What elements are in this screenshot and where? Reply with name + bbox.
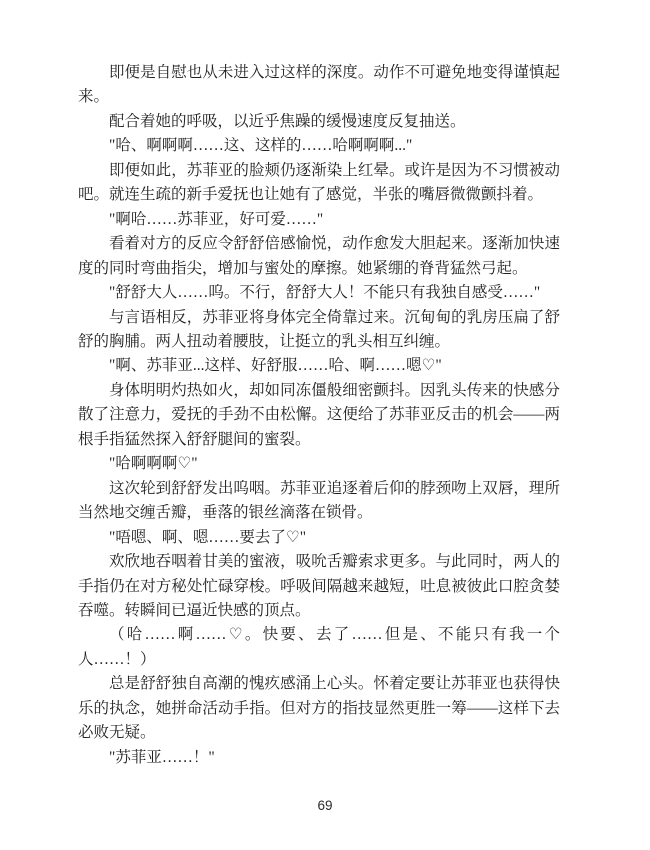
paragraph: 身体明明灼热如火，却如同冻僵般细密颤抖。因乳头传来的快感分散了注意力，爱抚的手劲… [78,379,560,452]
paragraph-dialogue: "苏菲亚……！" [78,746,560,770]
paragraph-dialogue: "哈、啊啊啊……这、这样的……哈啊啊啊..." [78,134,560,158]
paragraph: 配合着她的呼吸，以近乎焦躁的缓慢速度反复抽送。 [78,110,560,134]
paragraph: 看着对方的反应令舒舒倍感愉悦，动作愈发大胆起来。逐渐加快速度的同时弯曲指尖，增加… [78,232,560,281]
paragraph-dialogue: "啊哈……苏菲亚，好可爱……" [78,208,560,232]
paragraph: 与言语相反，苏菲亚将身体完全倚靠过来。沉甸甸的乳房压扁了舒舒的胸脯。两人扭动着腰… [78,306,560,355]
paragraph-dialogue: "哈啊啊啊♡" [78,452,560,476]
paragraph: 欢欣地吞咽着甘美的蜜液，吸吮舌瓣索求更多。与此同时，两人的手指仍在对方秘处忙碌穿… [78,550,560,623]
paragraph: 总是舒舒独自高潮的愧疚感涌上心头。怀着定要让苏菲亚也获得快乐的执念，她拼命活动手… [78,672,560,745]
paragraph: 这次轮到舒舒发出呜咽。苏菲亚追逐着后仰的脖颈吻上双唇，理所当然地交缠舌瓣，垂落的… [78,477,560,526]
paragraph-dialogue: "舒舒大人……呜。不行，舒舒大人！不能只有我独自感受……" [78,281,560,305]
paragraph-thought: （哈……啊……♡。快要、去了……但是、不能只有我一个人……！） [78,623,560,672]
paragraph: 即便如此，苏菲亚的脸颊仍逐渐染上红晕。或许是因为不习惯被动吧。就连生疏的新手爱抚… [78,159,560,208]
page-number: 69 [0,798,650,813]
document-page: 即便是自慰也从未进入过这样的深度。动作不可避免地变得谨慎起来。 配合着她的呼吸，… [0,0,650,850]
paragraph: 即便是自慰也从未进入过这样的深度。动作不可避免地变得谨慎起来。 [78,61,560,110]
paragraph-dialogue: "啊、苏菲亚...这样、好舒服……哈、啊……嗯♡" [78,354,560,378]
paragraph-dialogue: "唔嗯、啊、嗯……要去了♡" [78,526,560,550]
text-body: 即便是自慰也从未进入过这样的深度。动作不可避免地变得谨慎起来。 配合着她的呼吸，… [78,61,560,770]
